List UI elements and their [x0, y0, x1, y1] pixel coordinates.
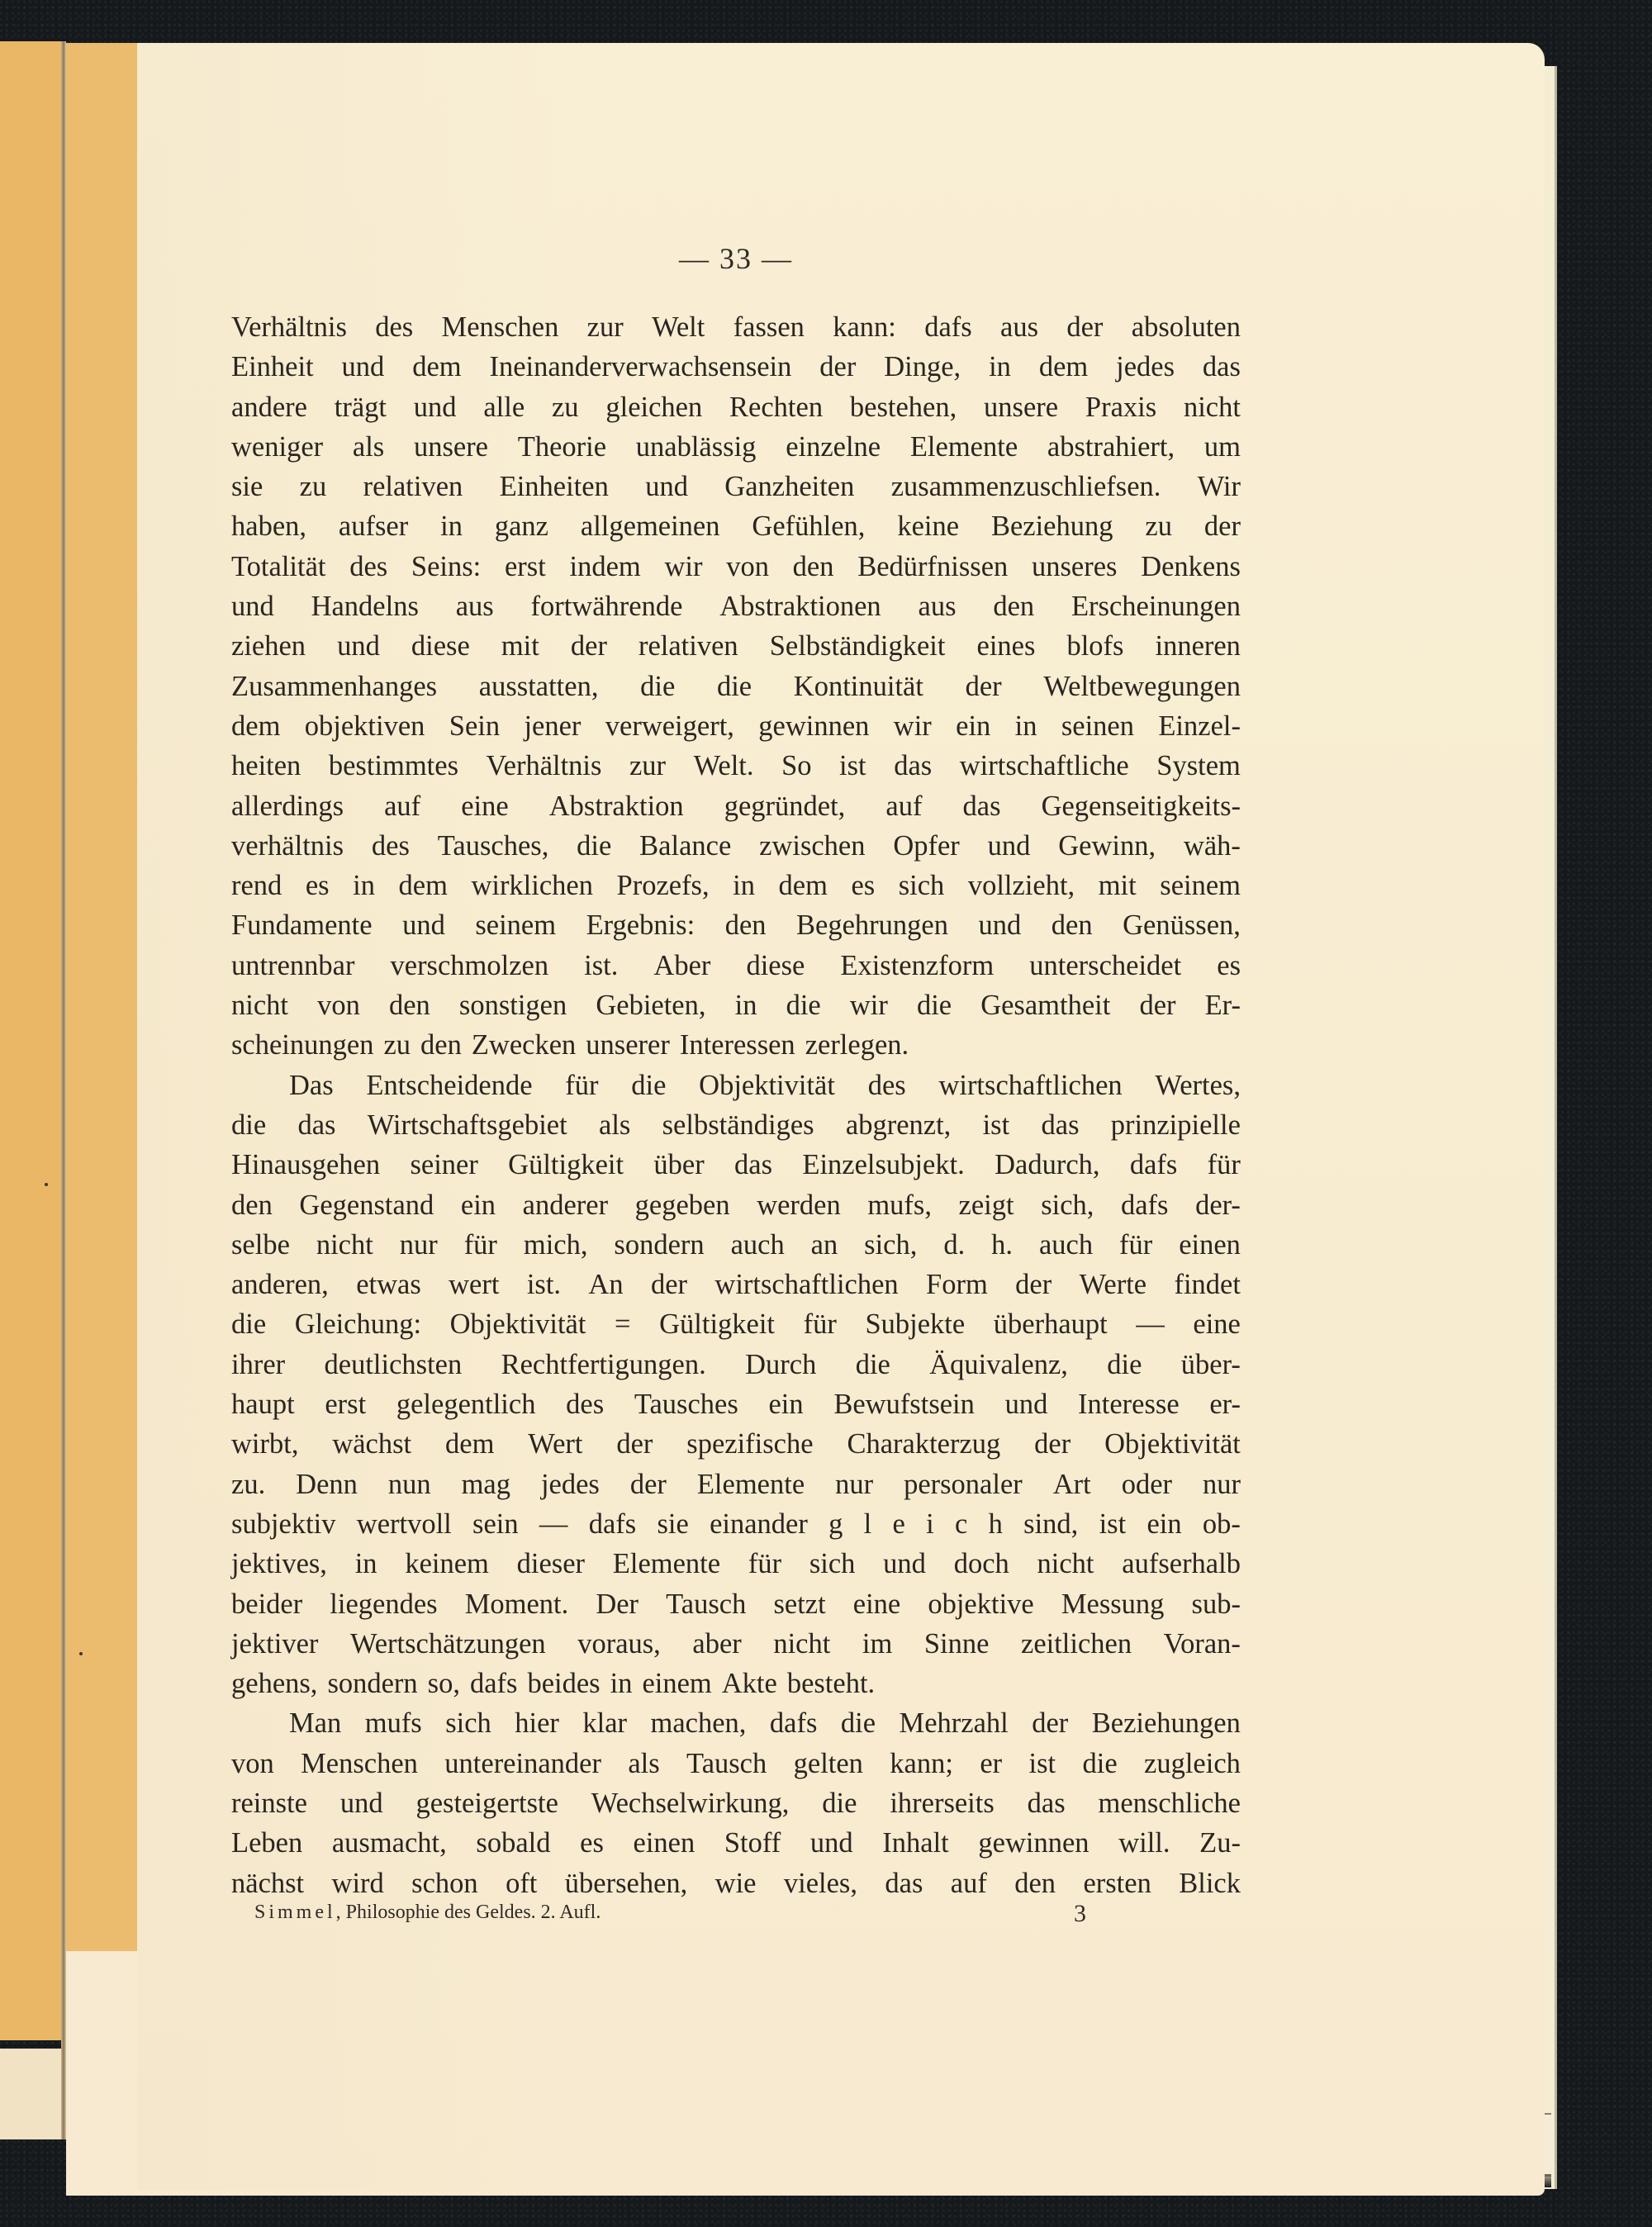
text-line: HinausgehenseinerGültigkeitüberdasEinzel… — [231, 1145, 1241, 1185]
text-line: subjektivwertvollsein—dafssieeinandergle… — [231, 1504, 1241, 1544]
text-line: anderen,etwaswertist.Anderwirtschaftlich… — [231, 1265, 1241, 1304]
text-line: haupterstgelegentlichdesTauscheseinBewuf… — [231, 1384, 1241, 1424]
text-line: allerdingsaufeineAbstraktiongegründet,au… — [231, 786, 1241, 826]
text-line: Zusammenhangesausstatten,diedieKontinuit… — [231, 667, 1241, 706]
text-line: gehens,sondernso,dafsbeidesineinemAktebe… — [231, 1664, 1241, 1703]
spine-gutter — [61, 41, 66, 2139]
text-line: haben,aufseringanzallgemeinenGefühlen,ke… — [231, 506, 1241, 546]
body-text: VerhältnisdesMenschenzurWeltfassenkann:d… — [231, 307, 1241, 1903]
text-line: andereträgtundallezugleichenRechtenbeste… — [231, 387, 1241, 427]
bibliographic-reference: Simmel, Philosophie des Geldes. 2. Aufl. — [254, 1902, 601, 1924]
text-line: demobjektivenSeinjenerverweigert,gewinne… — [231, 706, 1241, 746]
text-line: DasEntscheidendefürdieObjektivitätdeswir… — [231, 1066, 1241, 1105]
text-line: reinsteundgesteigertsteWechselwirkung,di… — [231, 1783, 1241, 1823]
page-footer: Simmel, Philosophie des Geldes. 2. Aufl.… — [231, 1902, 1241, 1935]
text-line: VerhältnisdesMenschenzurWeltfassenkann:d… — [231, 307, 1241, 347]
text-line: FundamenteundseinemErgebnis:denBegehrung… — [231, 905, 1241, 945]
text-line: TotalitätdesSeins:erstindemwirvondenBedü… — [231, 547, 1241, 586]
text-line: Lebenausmacht,sobaldeseinenStoffundInhal… — [231, 1823, 1241, 1863]
text-line: scheinungenzudenZweckenunsererInteressen… — [231, 1025, 1241, 1065]
text-line: untrennbarverschmolzenist.AberdieseExist… — [231, 946, 1241, 985]
text-line: selbenichtnurfürmich,sondernauchansich,d… — [231, 1225, 1241, 1265]
text-line: nächstwirdschonoftübersehen,wievieles,da… — [231, 1864, 1241, 1903]
text-line: vonMenschenuntereinanderalsTauschgeltenk… — [231, 1744, 1241, 1783]
text-line: dieGleichung:Objektivität=GültigkeitfürS… — [231, 1304, 1241, 1344]
text-line: siezurelativenEinheitenundGanzheitenzusa… — [231, 467, 1241, 506]
text-line: wirbt,wächstdemWertderspezifischeCharakt… — [231, 1424, 1241, 1464]
text-line: wenigeralsunsereTheorieunablässigeinzeln… — [231, 427, 1241, 467]
footer-title: , Philosophie des Geldes. 2. Aufl. — [336, 1902, 601, 1923]
paper-speck — [79, 1652, 83, 1655]
text-line: diedasWirtschaftsgebietalsselbständigesa… — [231, 1105, 1241, 1145]
text-line: beiderliegendesMoment.DerTauschsetzteine… — [231, 1584, 1241, 1624]
footer-author: Simmel — [254, 1902, 336, 1923]
text-line: ihrerdeutlichstenRechtfertigungen.Durchd… — [231, 1345, 1241, 1384]
text-line: jektiverWertschätzungenvoraus,abernichti… — [231, 1624, 1241, 1664]
text-line: EinheitunddemIneinanderverwachsenseinder… — [231, 347, 1241, 387]
text-line: heitenbestimmtesVerhältniszurWelt.Soistd… — [231, 746, 1241, 786]
text-line: rendesindemwirklichenProzefs,indemessich… — [231, 866, 1241, 905]
text-line: nichtvondensonstigenGebieten,indiewirdie… — [231, 985, 1241, 1025]
text-line: Manmufssichhierklarmachen,dafsdieMehrzah… — [231, 1703, 1241, 1743]
paper-speck — [45, 1183, 48, 1186]
text-line: undHandelnsausfortwährendeAbstraktionena… — [231, 586, 1241, 626]
facing-page-edge — [0, 41, 66, 2040]
text-line: verhältnisdesTausches,dieBalancezwischen… — [231, 826, 1241, 866]
facing-page-bottom — [0, 2049, 66, 2139]
text-line: ziehenunddiesemitderrelativenSelbständig… — [231, 626, 1241, 666]
printer-signature-mark: 3 — [1074, 1900, 1086, 1928]
text-line: denGegenstandeinanderergegebenwerdenmufs… — [231, 1185, 1241, 1225]
binding-tape-strip — [66, 43, 137, 1951]
page-number: — 33 — — [231, 241, 1241, 276]
text-line: jektives,inkeinemdieserElementefürsichun… — [231, 1544, 1241, 1584]
text-line: zu.DennnunmagjedesderElementenurpersonal… — [231, 1465, 1241, 1504]
